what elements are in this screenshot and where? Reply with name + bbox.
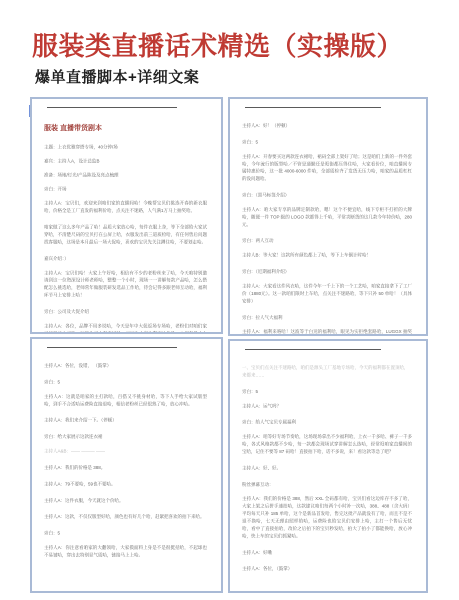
script-line-para: 主持人A：各位，（鼓掌） xyxy=(242,565,412,572)
script-line-heading: 服装 直播带货剧本 xyxy=(44,122,207,134)
document-preview-area: 服装 直播带货剧本主题：上衣优雅穿搭专场，40分钟/场嘉宾：主持人A，设计总监B… xyxy=(30,97,428,593)
script-line-label: 旁白：（黑马标签介绍） xyxy=(242,192,412,199)
script-line-para: 主持人A：我们的价格是 388，然后 XXL 全码都有哈，宝贝们看这边库存不多了… xyxy=(242,495,412,540)
script-line-para: 主持人A：各位，品牌不用多说哈，今天是年中大促返场专场哈，老粉们对咱们家已经很放… xyxy=(44,322,207,334)
script-page-3: 主持人A：各位，没错， （鼓掌）旁白：5主持人A：这就是咱家的主打款哈，百搭又不… xyxy=(30,337,223,593)
script-line-label: 旁白：给大家展示这款连衣裙 xyxy=(44,433,207,440)
page-header-rule xyxy=(245,349,381,350)
script-line-para: 咱家做了这么多年产品了哈！品质大家放心哈，每件衣服上身，等下全部给大家试穿哈，不… xyxy=(44,224,207,246)
script-line-para: 主持人A：好、好。 xyxy=(242,464,412,471)
poster: 服装类直播话术精选（实操版） 爆单直播脚本+详细文案 服装 直播带货剧本主题：上… xyxy=(0,0,459,600)
script-line-label: 旁白：（近期福利介绍） xyxy=(242,268,412,275)
page-header-rule xyxy=(47,347,177,348)
poster-subtitle: 爆单直播脚本+详细文案 xyxy=(35,66,199,87)
script-line-para: 主持人A：这款，不仅仅版型好哈，颜色也有好几个哈，赶紧把喜欢的拍下来哈。 xyxy=(44,513,207,520)
script-line-label: 旁白：5 xyxy=(242,138,412,145)
script-line-label: 粉丝弹幕互动： xyxy=(242,481,412,488)
script-line-para: 主持人A：这件衣服，今天就这个价哈。 xyxy=(44,497,207,504)
script-line-para: 主持人A：运气吗？ xyxy=(242,402,412,409)
document-column-right: 主持人A：好！（停顿）旁白：5主持人A：开春要买这两款连衣裙哈，裙码全部上架好了… xyxy=(228,97,428,593)
script-line-para: 主持人A：大家看这件风衣哈，这件今年一千上下的一个工艺哈，咱家直接拿下了工厂价（… xyxy=(242,282,412,304)
page-text-blocks: 服装 直播带货剧本主题：上衣优雅穿搭专场，40分钟/场嘉宾：主持人A，设计总监B… xyxy=(44,122,211,334)
script-line-meta: 准备：场地/灯光/产品陈设及亮点梳理 xyxy=(44,171,207,178)
script-page-1: 服装 直播带货剧本主题：上衣优雅穿搭专场，40分钟/场嘉宾：主持人A，设计总监B… xyxy=(30,97,223,334)
script-line-para: 主持人A：咱等好专场节奏哈，这场现场拿出不少福利哈，上衣一千多哈、裤子一千多哈，… xyxy=(242,433,412,455)
poster-title: 服装类直播话术精选（实操版） xyxy=(32,26,403,63)
script-line-para: 主持人A：宝贝们哈！大家上午好哈，相信有不少的老粉丝来了哈，今天咱特别邀请到这一… xyxy=(44,269,207,299)
script-line-label: 旁白：5 xyxy=(44,530,207,537)
script-line-para: 主持人A：宝贝们，欢迎来到咱们家的直播间哈！今晚帮宝贝们挑选开春的新衣服哈，价格… xyxy=(44,200,207,215)
script-line-label: 旁白：5 xyxy=(242,388,412,395)
script-line-para: 主持人A：开春要买这两款连衣裙哈，裙码全部上架好了哈；这是咱们上新的一件外套哈，… xyxy=(242,153,412,183)
script-line-para: 主持人A：这就是咱家的主打款哈，百搭又不挑身材哈，等下人手给大家试版型哈，到手不… xyxy=(44,393,207,408)
script-line-para: 主持人A：各位，没错， （鼓掌） xyxy=(44,362,207,369)
document-column-left: 服装 直播带货剧本主题：上衣优雅穿搭专场，40分钟/场嘉宾：主持人A，设计总监B… xyxy=(30,97,223,593)
script-line-para: 主持人B：等大家！这款所有颜色都上了哈，等下上车倒计时哈！ xyxy=(242,252,412,259)
script-line-faint: 主持人A&B：—— ——— —— xyxy=(44,448,207,455)
page-header-rule xyxy=(47,107,177,108)
script-line-para: 主持人A：好嘞 xyxy=(242,549,412,556)
script-line-label: 旁白：5 xyxy=(44,378,207,385)
script-line-label: 旁白：两人互动 xyxy=(242,237,412,244)
script-line-para: 主持人A：好！（停顿） xyxy=(242,122,412,129)
script-line-para: 主持人A：你注意看咱家的大翻领哈，大家摸面料上身是不是很挺括哈，不起球也不易皱哈… xyxy=(44,544,207,559)
script-line-meta: 嘉宾：主持人A，设计总监B xyxy=(44,157,207,164)
script-line-label: 旁白：公司及大促介绍 xyxy=(44,308,207,315)
script-line-faint: 一、宝贝们点关注不迷路哈，咱们是源头工厂基地专场哈，今天的福利都在置顶哈，来都来… xyxy=(242,364,412,379)
script-line-label: 旁白：开场 xyxy=(44,185,207,192)
page-text-blocks: 主持人A：各位，没错， （鼓掌）旁白：5主持人A：这就是咱家的主打款哈，百搭又不… xyxy=(44,362,211,559)
script-line-para: 主持人A：福利来咯哈！这波等于白送的福利哈，眼见为实拒绝套路哈，LUGGX 抽奖… xyxy=(242,328,412,336)
script-line-para: 主持人A：我们来介绍一下。（停顿） xyxy=(44,417,207,424)
script-line-label: 旁白：拉人气大福利 xyxy=(242,314,412,321)
script-page-2: 主持人A：好！（停顿）旁白：5主持人A：开春要买这两款连衣裙哈，裙码全部上架好了… xyxy=(228,97,428,336)
script-line-para: 主持人A：79不要哈，59也不要哈。 xyxy=(44,480,207,487)
script-line-label: 旁白：给人气宝贝专属福利 xyxy=(242,419,412,426)
page-header-rule xyxy=(245,107,381,108)
script-page-4: 一、宝贝们点关注不迷路哈，咱们是源头工厂基地专场哈，今天的福利都在置顶哈，来都来… xyxy=(228,339,428,593)
page-text-blocks: 一、宝贝们点关注不迷路哈，咱们是源头工厂基地专场哈，今天的福利都在置顶哈，来都来… xyxy=(242,364,416,573)
script-line-meta: 主题：上衣优雅穿搭专场，40分钟/场 xyxy=(44,144,207,151)
script-line-label: 嘉宾介绍：） xyxy=(44,255,207,262)
page-text-blocks: 主持人A：好！（停顿）旁白：5主持人A：开春要买这两款连衣裙哈，裙码全部上架好了… xyxy=(242,122,416,336)
script-line-para: 主持人A：咱大家专享的品牌定制款哈，嗯！这个不便宜哈，线下专柜不打折的大牌哈，随… xyxy=(242,206,412,228)
script-line-para: 主持人A：我们的价格是 388。 xyxy=(44,464,207,471)
